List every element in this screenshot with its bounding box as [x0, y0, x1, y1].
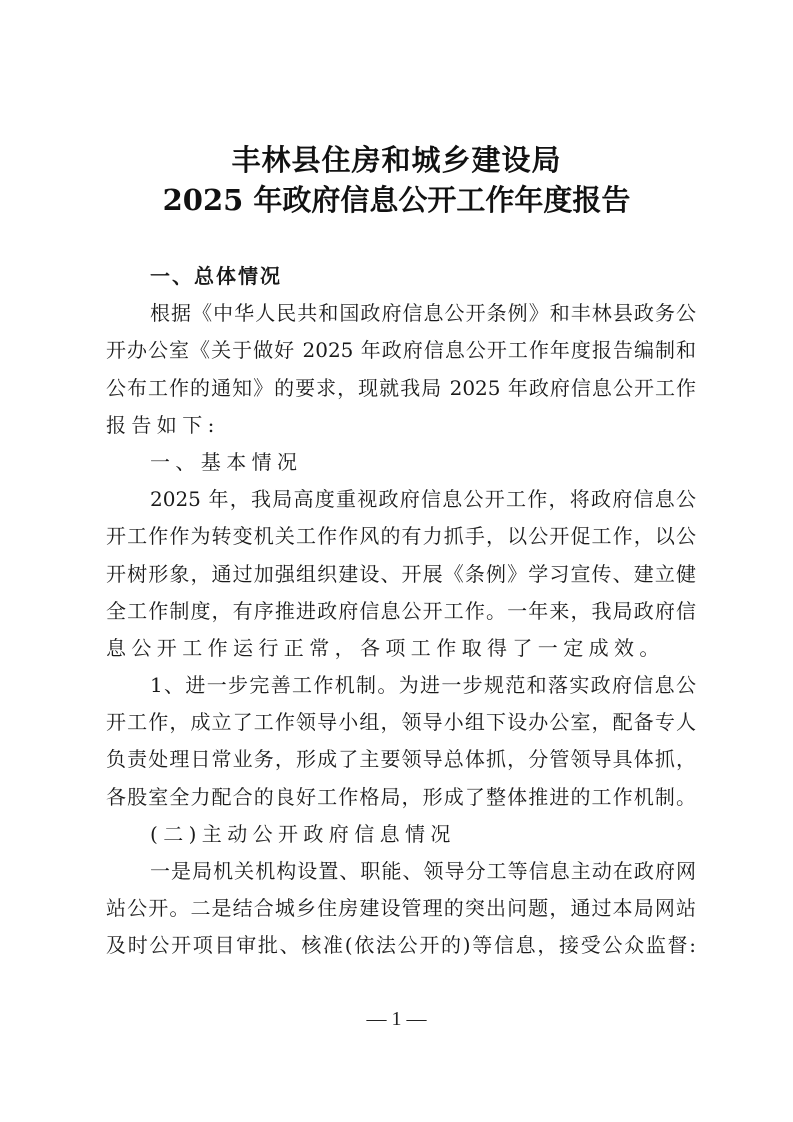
paragraph-line: 2025 年，我局高度重视政府信息公开工作，将政府信息公	[106, 481, 696, 518]
paragraph-line: 开办公室《关于做好 2025 年政府信息公开工作年度报告编制和	[106, 332, 696, 369]
section-heading-basic: 一、基本情况	[106, 444, 696, 481]
paragraph-line: 及时公开项目审批、核准(依法公开的)等信息，接受公众监督:	[106, 927, 696, 964]
paragraph-line: 全工作制度，有序推进政府信息公开工作。一年来，我局政府信	[106, 593, 696, 630]
document-title-line-1: 丰林县住房和城乡建设局	[0, 140, 793, 180]
paragraph-line: 各股室全力配合的良好工作格局，形成了整体推进的工作机制。	[106, 779, 696, 816]
section-heading-overview: 一、总体情况	[106, 258, 696, 295]
paragraph-line: 报告如下:	[106, 407, 696, 444]
section-heading-proactive-disclosure: (二)主动公开政府信息情况	[106, 816, 696, 853]
paragraph-line: 开树形象，通过加强组织建设、开展《条例》学习宣传、建立健	[106, 556, 696, 593]
paragraph-line: 负责处理日常业务，形成了主要领导总体抓，分管领导具体抓，	[106, 741, 696, 778]
document-page: 丰林县住房和城乡建设局 2025 年政府信息公开工作年度报告 一、总体情况 根据…	[0, 0, 793, 1122]
paragraph-line: 站公开。二是结合城乡住房建设管理的突出问题，通过本局网站	[106, 890, 696, 927]
paragraph-line: 根据《中华人民共和国政府信息公开条例》和丰林县政务公	[106, 295, 696, 332]
paragraph-line: 息公开工作运行正常，各项工作取得了一定成效。	[106, 630, 696, 667]
document-title-line-2: 2025 年政府信息公开工作年度报告	[0, 180, 793, 220]
paragraph-line: 1、进一步完善工作机制。为进一步规范和落实政府信息公	[106, 667, 696, 704]
paragraph-line: 开工作作为转变机关工作作风的有力抓手，以公开促工作，以公	[106, 518, 696, 555]
page-number: — 1 —	[0, 1008, 793, 1031]
paragraph-line: 一是局机关机构设置、职能、领导分工等信息主动在政府网	[106, 853, 696, 890]
paragraph-line: 开工作，成立了工作领导小组，领导小组下设办公室，配备专人	[106, 704, 696, 741]
paragraph-line: 公布工作的通知》的要求，现就我局 2025 年政府信息公开工作	[106, 370, 696, 407]
document-body: 一、总体情况 根据《中华人民共和国政府信息公开条例》和丰林县政务公 开办公室《关…	[106, 258, 696, 965]
